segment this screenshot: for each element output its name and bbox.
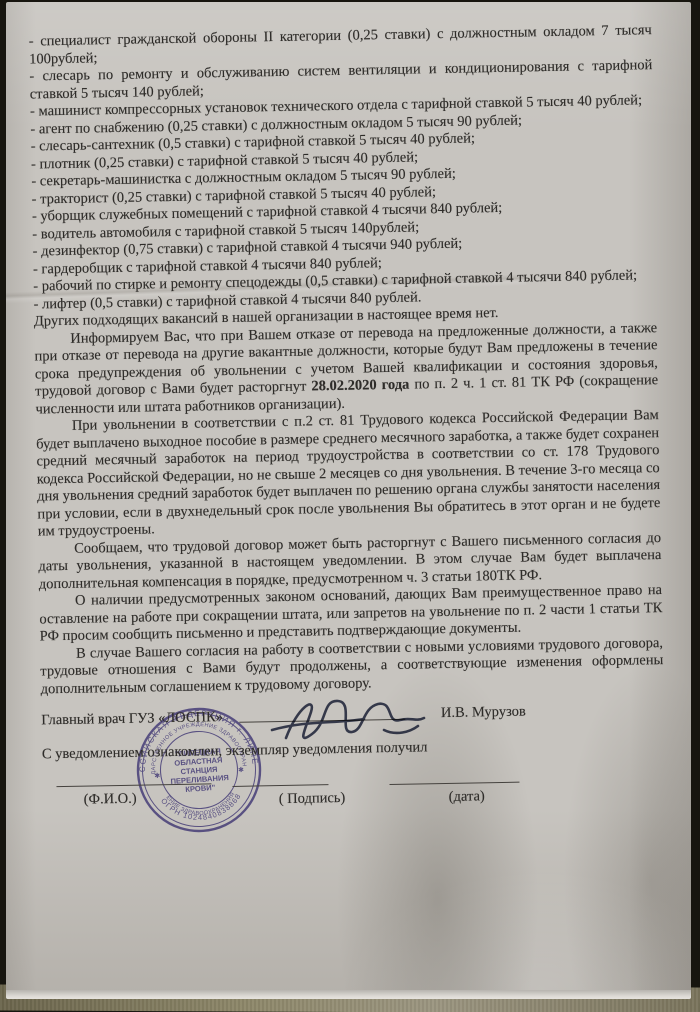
paragraph-agreement: В случае Вашего согласия на работу в соо… xyxy=(40,635,664,699)
fio-blank-line xyxy=(56,783,211,787)
date-label: (дата) xyxy=(449,788,485,806)
handwritten-signature-ink xyxy=(264,692,474,756)
termination-date: 28.02.2020 года xyxy=(311,377,409,395)
paragraph-inform: Информируем Вас, что при Вашем отказе от… xyxy=(34,320,658,419)
signer-title: Главный врач ГУЗ «ЛОСПК» xyxy=(41,709,223,730)
signature-label: ( Подпись) xyxy=(279,789,346,808)
paper-bottom-edge xyxy=(6,990,691,999)
paragraph-severance: При увольнении в соответствии с п.2 ст. … xyxy=(36,407,661,541)
signature-blank-line xyxy=(232,784,328,787)
fio-label: (Ф.И.О.) xyxy=(84,790,137,808)
fill-in-fields: (Ф.И.О.) ( Подпись) (дата) xyxy=(42,761,666,826)
photo-of-document: { "colors": { "paper": "#c7c4bf", "ink":… xyxy=(0,0,700,1012)
date-blank-line xyxy=(389,781,519,784)
document-page: РОССИЙСКАЯ ФЕДЕРАЦИЯ г. ЛИПЕЦК ОГРН 1024… xyxy=(6,2,691,999)
